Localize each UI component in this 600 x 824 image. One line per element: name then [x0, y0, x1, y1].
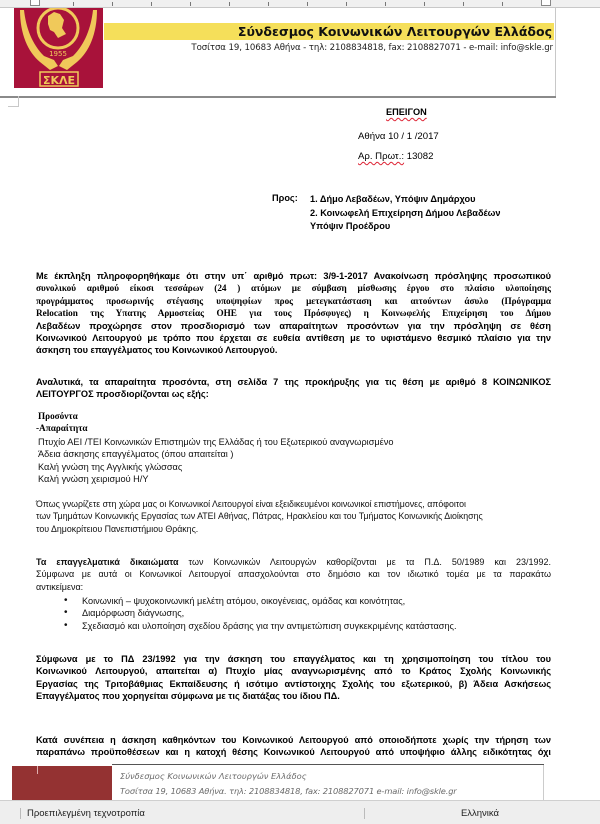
recipient-2: 2. Κοινωφελή Επιχείρηση Δήμου Λεβαδέων [310, 207, 501, 221]
to-label: Προς: [272, 193, 298, 203]
ruler-tick [502, 2, 503, 6]
paragraph-consequence: Κατά συνέπεια η άσκηση καθηκόντων του Κο… [36, 734, 551, 759]
qualification-item: Καλή γνώση χειρισμού Η/Υ [38, 473, 393, 485]
language-indicator[interactable]: Ελληνικά [364, 808, 595, 819]
qualification-item: Πτυχίο ΑΕΙ /ΤΕΙ Κοινωνικών Επιστημών της… [38, 436, 393, 448]
bullet-item: Σχεδιασμό και υλοποίηση σχεδίου δράσης γ… [64, 620, 457, 632]
svg-text:1955: 1955 [49, 50, 67, 58]
skle-logo: 1955 ΣΚΛΕ [14, 8, 103, 88]
ruler-tick [229, 2, 230, 6]
ruler-tick [463, 2, 464, 6]
urgency-label: ΕΠΕΙΓΟΝ [386, 107, 427, 117]
footer-address: Τοσίτσα 19, 10683 Αθήνα. τηλ: 2108834818… [120, 786, 457, 796]
qualifications-list: Πτυχίο ΑΕΙ /ΤΕΙ Κοινωνικών Επιστημών της… [38, 436, 393, 486]
right-indent-marker[interactable] [541, 0, 551, 6]
footer-accent-block [12, 766, 112, 800]
letter-date: Αθήνα 10 / 1 /2017 [358, 131, 439, 142]
paragraph-pd-requirements: Σύμφωνα με το ΠΔ 23/1992 για την άσκηση … [36, 653, 551, 703]
horizontal-ruler[interactable] [0, 0, 600, 8]
header-boundary [555, 8, 556, 96]
page-style-indicator[interactable]: Προεπιλεγμένη τεχνοτροπία [20, 808, 145, 819]
paragraph-rights: Τα επαγγελματικά δικαιώματα των Κοινωνικ… [36, 556, 551, 593]
letterhead-banner: Σύνδεσμος Κοινωνικών Λειτουργών Ελλάδος [104, 23, 554, 40]
document-page[interactable]: 1955 ΣΚΛΕ Σύνδεσμος Κοινωνικών Λειτουργώ… [0, 8, 600, 801]
protocol-number: Αρ. Πρωτ.: 13082 [358, 151, 433, 162]
letterhead-address: Τοσίτσα 19, 10683 Αθήνα - τηλ: 210883481… [191, 43, 553, 53]
paragraph-intro: Με έκπληξη πληροφορηθήκαμε ότι στην υπ΄ … [36, 270, 551, 357]
footer-cursor-mark [37, 766, 38, 774]
qualifications-subheading: -Απαραίτητα [36, 423, 88, 433]
footer-organization: Σύνδεσμος Κοινωνικών Λειτουργών Ελλάδος [120, 771, 307, 781]
ruler-tick [385, 2, 386, 6]
left-indent-marker[interactable] [30, 0, 40, 6]
recipient-3: Υπόψιν Προέδρου [310, 220, 501, 234]
paragraph-social-workers: Όπως γνωρίζετε στη χώρα μας οι Κοινωνικο… [36, 498, 551, 535]
ruler-tick [151, 2, 152, 6]
ruler-tick [346, 2, 347, 6]
paragraph-requirements: Αναλυτικά, τα απαραίτητα προσόντα, στη σ… [36, 376, 551, 401]
ruler-tick [424, 2, 425, 6]
page-footer: Σύνδεσμος Κοινωνικών Λειτουργών Ελλάδος … [0, 762, 600, 800]
header-separator [0, 96, 556, 98]
text-boundary-corner [246, 96, 256, 106]
ruler-tick [112, 2, 113, 6]
rights-bullet-list: Κοινωνική – ψυχοκοινωνική μελέτη ατόμου,… [64, 595, 457, 632]
recipient-1: 1. Δήμο Λεβαδέων, Υπόψιν Δημάρχου [310, 193, 501, 207]
ruler-tick [73, 2, 74, 6]
qualification-item: Άδεια άσκησης επαγγέλματος (όπου απαιτεί… [38, 448, 393, 460]
status-bar: Προεπιλεγμένη τεχνοτροπία Ελληνικά [0, 800, 600, 824]
logo-hands-globe-icon: 1955 ΣΚΛΕ [14, 8, 103, 88]
svg-text:ΣΚΛΕ: ΣΚΛΕ [43, 74, 75, 87]
qualification-item: Καλή γνώση της Αγγλικής γλώσσας [38, 461, 393, 473]
recipients-list: 1. Δήμο Λεβαδέων, Υπόψιν Δημάρχου 2. Κοι… [310, 193, 501, 234]
letterhead-organization: Σύνδεσμος Κοινωνικών Λειτουργών Ελλάδος [238, 23, 552, 40]
bullet-item: Διαμόρφωση διάγνωσης, [64, 607, 457, 619]
text-boundary-corner [8, 96, 19, 107]
ruler-tick [307, 2, 308, 6]
ruler-tick [190, 2, 191, 6]
ruler-tick [268, 2, 269, 6]
qualifications-heading: Προσόντα [38, 411, 78, 421]
bullet-item: Κοινωνική – ψυχοκοινωνική μελέτη ατόμου,… [64, 595, 457, 607]
